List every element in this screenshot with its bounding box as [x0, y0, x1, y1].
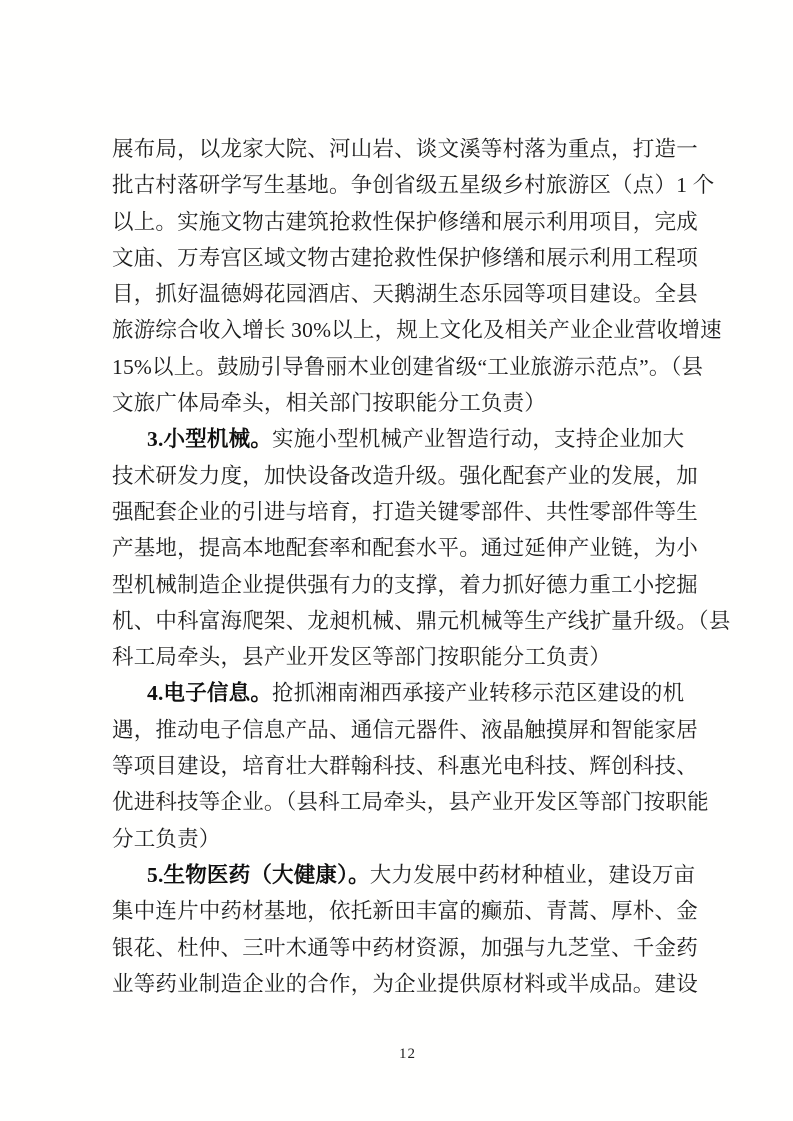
line-text: 强配套企业的引进与培育，打造关键零部件、共性零部件等生: [112, 500, 698, 524]
line-text: 优进科技等企业。（县科工局牵头，县产业开发区等部门按职能: [112, 790, 709, 814]
line-text: 业等药业制造企业的合作，为企业提供原材料或半成品。建设: [112, 972, 698, 996]
line-text: 文庙、万寿宫区域文物古建抢救性保护修缮和展示利用工程项: [112, 246, 698, 270]
line-text: 实施小型机械产业智造行动，支持企业加大: [272, 427, 684, 451]
text-line: 银花、杜仲、三叶木通等中药材资源，加强与九芝堂、千金药: [112, 930, 690, 966]
line-text: 等项目建设，培育壮大群翰科技、科惠光电科技、辉创科技、: [112, 754, 698, 778]
text-line: 遇，推动电子信息产品、通信元器件、液晶触摸屏和智能家居: [112, 712, 690, 748]
text-line: 展布局，以龙家大院、河山岩、谈文溪等村落为重点，打造一: [112, 131, 690, 167]
text-line: 3.小型机械。实施小型机械产业智造行动，支持企业加大: [112, 421, 690, 457]
line-text: 15%以上。鼓励引导鲁丽木业创建省级“工业旅游示范点”。（县: [112, 355, 703, 379]
text-line: 机、中科富海爬架、龙昶机械、鼎元机械等生产线扩量升级。（县: [112, 603, 690, 639]
line-text: 产基地，提高本地配套率和配套水平。通过延伸产业链，为小: [112, 536, 698, 560]
line-text: 机、中科富海爬架、龙昶机械、鼎元机械等生产线扩量升级。（县: [112, 609, 731, 633]
line-text: 以上。实施文物古建筑抢救性保护修缮和展示利用项目，完成: [112, 210, 698, 234]
text-line: 集中连片中药材基地，依托新田丰富的癫茄、青蒿、厚朴、金: [112, 893, 690, 929]
text-line: 优进科技等企业。（县科工局牵头，县产业开发区等部门按职能: [112, 784, 690, 820]
text-line: 15%以上。鼓励引导鲁丽木业创建省级“工业旅游示范点”。（县: [112, 349, 690, 385]
page-number: 12: [0, 1046, 793, 1063]
line-text: 科工局牵头，县产业开发区等部门按职能分工负责）: [112, 645, 611, 669]
line-text: 大力发展中药材种植业，建设万亩: [370, 863, 696, 887]
text-line: 旅游综合收入增长 30%以上，规上文化及相关产业企业营收增速: [112, 312, 690, 348]
text-line: 5.生物医药（大健康）。大力发展中药材种植业，建设万亩: [112, 857, 690, 893]
line-text: 集中连片中药材基地，依托新田丰富的癫茄、青蒿、厚朴、金: [112, 899, 698, 923]
text-line: 等项目建设，培育壮大群翰科技、科惠光电科技、辉创科技、: [112, 748, 690, 784]
section-heading: 3.小型机械。: [147, 427, 272, 451]
line-text: 文旅广体局牵头，相关部门按职能分工负责）: [112, 391, 546, 415]
text-line: 4.电子信息。抢抓湘南湘西承接产业转移示范区建设的机: [112, 675, 690, 711]
section-heading: 5.生物医药（大健康）。: [147, 863, 370, 887]
text-line: 分工负责）: [112, 821, 690, 857]
line-text: 型机械制造企业提供强有力的支撑，着力抓好德力重工小挖掘: [112, 573, 698, 597]
text-line: 技术研发力度，加快设备改造升级。强化配套产业的发展，加: [112, 458, 690, 494]
text-line: 文庙、万寿宫区域文物古建抢救性保护修缮和展示利用工程项: [112, 240, 690, 276]
line-text: 遇，推动电子信息产品、通信元器件、液晶触摸屏和智能家居: [112, 718, 698, 742]
line-text: 目，抓好温德姆花园酒店、天鹅湖生态乐园等项目建设。全县: [112, 282, 698, 306]
document-body: 展布局，以龙家大院、河山岩、谈文溪等村落为重点，打造一批古村落研学写生基地。争创…: [112, 131, 690, 1002]
text-line: 型机械制造企业提供强有力的支撑，着力抓好德力重工小挖掘: [112, 567, 690, 603]
text-line: 文旅广体局牵头，相关部门按职能分工负责）: [112, 385, 690, 421]
section-heading: 4.电子信息。: [147, 681, 272, 705]
text-line: 以上。实施文物古建筑抢救性保护修缮和展示利用项目，完成: [112, 204, 690, 240]
line-text: 展布局，以龙家大院、河山岩、谈文溪等村落为重点，打造一: [112, 137, 698, 161]
text-line: 产基地，提高本地配套率和配套水平。通过延伸产业链，为小: [112, 530, 690, 566]
line-text: 银花、杜仲、三叶木通等中药材资源，加强与九芝堂、千金药: [112, 936, 698, 960]
text-line: 科工局牵头，县产业开发区等部门按职能分工负责）: [112, 639, 690, 675]
line-text: 技术研发力度，加快设备改造升级。强化配套产业的发展，加: [112, 464, 698, 488]
text-line: 批古村落研学写生基地。争创省级五星级乡村旅游区（点）1 个: [112, 167, 690, 203]
document-page: 展布局，以龙家大院、河山岩、谈文溪等村落为重点，打造一批古村落研学写生基地。争创…: [0, 0, 793, 1121]
line-text: 分工负责）: [112, 827, 221, 851]
scanned-document: { "page": { "number": "12", "background_…: [0, 0, 793, 1121]
text-line: 目，抓好温德姆花园酒店、天鹅湖生态乐园等项目建设。全县: [112, 276, 690, 312]
text-line: 强配套企业的引进与培育，打造关键零部件、共性零部件等生: [112, 494, 690, 530]
line-text: 批古村落研学写生基地。争创省级五星级乡村旅游区（点）1 个: [112, 173, 714, 197]
text-line: 业等药业制造企业的合作，为企业提供原材料或半成品。建设: [112, 966, 690, 1002]
line-text: 旅游综合收入增长 30%以上，规上文化及相关产业企业营收增速: [112, 318, 722, 342]
line-text: 抢抓湘南湘西承接产业转移示范区建设的机: [272, 681, 684, 705]
